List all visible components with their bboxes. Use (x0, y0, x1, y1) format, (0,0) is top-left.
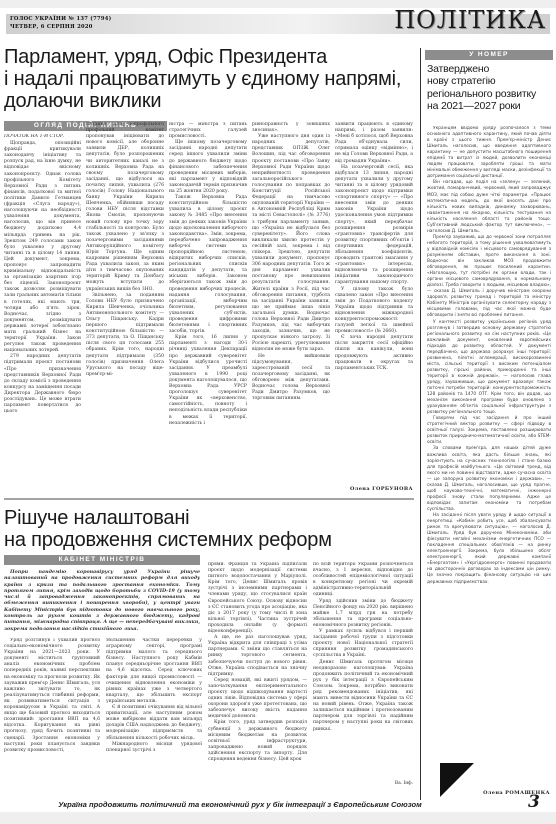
page-corner-fold-icon (440, 763, 474, 797)
article2-author: Ва. Інф. (313, 781, 413, 786)
paragraph: Не вийшовши підсумовування, зареєстрован… (252, 354, 330, 403)
paragraph: У цілому також було схвалено закон «Про … (335, 287, 413, 336)
headline-line: на продовження системних реформ (4, 529, 414, 551)
article2-lead: Попри пандемію коронавірусу уряд України… (4, 569, 200, 634)
article2-column-2: збільшенню частки переробки у аграрному … (106, 638, 202, 788)
headline-line: регіонального розвитку (427, 88, 555, 100)
headline-line: нову стратегію (427, 75, 555, 87)
article1-column-1: ПОЧАТОК НА 1-Й СТОР. Щоправда, опозиційн… (4, 134, 81, 496)
article1-column-5: заявити працюють в єдиному напрямі, і ра… (335, 122, 413, 484)
headline-line: долаючи виклики (4, 90, 414, 112)
paragraph: Уряд розглянув і ухвалив прогноз соціаль… (4, 638, 100, 754)
paragraph: 279 народних депутатів підтримали проєкт… (4, 354, 81, 415)
paragraph: У рамках зусиль відбувся і перший засіда… (313, 629, 413, 659)
article2-column-1: Уряд розглянув і ухвалив прогноз соціаль… (4, 638, 100, 788)
issue-info: ГОЛОС УКРАЇНИ № 137 (7794) ЧЕТВЕР, 6 СЕР… (10, 16, 111, 31)
footer-slogan: Україна продовжить політичний та економі… (30, 800, 450, 809)
paragraph: Крім того, уряд затвердив розподіл субве… (208, 720, 307, 763)
article1-author: Олена ГОРБУНОВА (335, 486, 413, 492)
paragraph: У контексті розвитку українських регіоні… (427, 320, 551, 417)
page-number: 3 (528, 792, 540, 812)
page-margin-bottom (0, 812, 556, 824)
paragraph: питання. Для непрофільного профільний ко… (86, 122, 164, 293)
paragraph: На позачерговій сесії, яка відбулася 13 … (335, 165, 413, 287)
paragraph: Говорячи під час засідання й про інший с… (427, 416, 551, 446)
headline-line: Затверджено (427, 63, 555, 75)
headline-line: Парламент, уряд, Офіс Президента (4, 46, 414, 68)
paragraph: Також Верховна Рада конституційною більш… (169, 195, 247, 335)
issue-date: ЧЕТВЕР, 6 СЕРПНЯ 2020 (10, 24, 111, 32)
paragraph: збільшенню частки переробки у аграрному … (106, 638, 202, 705)
article2-column-4: по всій території України розпочнеться в… (313, 562, 413, 782)
article-separator (4, 498, 414, 500)
continued-kicker: ПОЧАТОК НА 1-Й СТОР. (4, 134, 81, 140)
paragraph: прями. Франція та Україна підписали проє… (208, 562, 307, 635)
paragraph: Крім того, 16 липня у парламенті з нагод… (169, 335, 247, 426)
paragraph: Українцям ввідомо уряду розпочалося з те… (427, 126, 551, 180)
section-title: ПОЛІТИКА (394, 6, 546, 34)
paragraph: На засіданні після уваги уряду й щодо си… (427, 513, 551, 586)
article2-rubric: КАБІНЕТ МІНІСТРІВ (4, 555, 200, 565)
paragraph: Є й позитивні очікування від вільної при… (106, 705, 202, 742)
paragraph: Є хоча народні депутати після закриття с… (335, 335, 413, 372)
sidebar-body: Українцям ввідомо уряду розпочалося з те… (427, 126, 551, 794)
paragraph: Прем'єр зауважив, що до червоної зони по… (427, 235, 551, 320)
headline-line: на 2021—2027 роки (427, 100, 555, 112)
paragraph: Звільнено, за поданням Голови НБУ було п… (86, 293, 164, 378)
article1-column-2: питання. Для непрофільного профільний ко… (86, 122, 164, 496)
article1-column-3: ністра — міністра з питань стратегічних … (169, 122, 247, 496)
paragraph: по всій території України розпочнеться в… (313, 562, 413, 599)
paragraph: рівноправність у зовнішніх зносинах». (252, 122, 330, 134)
paragraph: Уряд здійснив зміни до бюджету Пенсійног… (313, 599, 413, 629)
paragraph: Серед новацій, які вжиті урядом, — започ… (208, 678, 307, 721)
newspaper-page: ГОЛОС УКРАЇНИ № 137 (7794) ЧЕТВЕР, 6 СЕР… (0, 0, 556, 824)
sidebar-column: У НОМЕР Затверджено нову стратегію регіо… (420, 48, 554, 800)
article1-headline: Парламент, уряд, Офіс Президента і надал… (4, 46, 414, 112)
headline-line: Рішуче налаштовані (4, 507, 414, 529)
paragraph: Він нагадав, що поділ на «зелену» — зеле… (427, 180, 551, 234)
paragraph: ністра — міністра з питань стратегічних … (169, 122, 247, 140)
newspaper-issue: ГОЛОС УКРАЇНИ № 137 (7794) (10, 16, 111, 24)
paragraph: заявити працюють в єдиному напрямі, і ра… (335, 122, 413, 165)
paragraph: Ще іншому позачерговому засіданні народн… (169, 140, 247, 195)
sidebar-rubric: У НОМЕР (425, 50, 553, 60)
headline-line: і надалі працюватимуть у єдиному напрямі… (4, 68, 414, 90)
sidebar-headline: Затверджено нову стратегію регіонального… (427, 63, 555, 112)
article1-column-4: рівноправність у зовнішніх зносинах». Уж… (252, 122, 330, 496)
paragraph: Міжнародного місяця урядової пленарної з… (106, 742, 202, 754)
paragraph: За словами прем'єра, для наших дітей дуж… (427, 446, 551, 513)
paragraph: Щоправда, опозиційні фракції критикували… (4, 141, 81, 354)
paragraph: А ще, не раз наголошував уряд, Україна в… (208, 635, 307, 678)
article2-column-3: прями. Франція та Україна підписали проє… (208, 562, 307, 788)
paragraph: Уже наступного дня один із народних депу… (252, 134, 330, 353)
masthead-band: ГОЛОС УКРАЇНИ № 137 (7794) ЧЕТВЕР, 6 СЕР… (6, 14, 550, 34)
article2-headline: Рішуче налаштовані на продовження систем… (4, 507, 414, 551)
paragraph: Денис Шмигаль протягом місяця неодноразо… (313, 660, 413, 733)
